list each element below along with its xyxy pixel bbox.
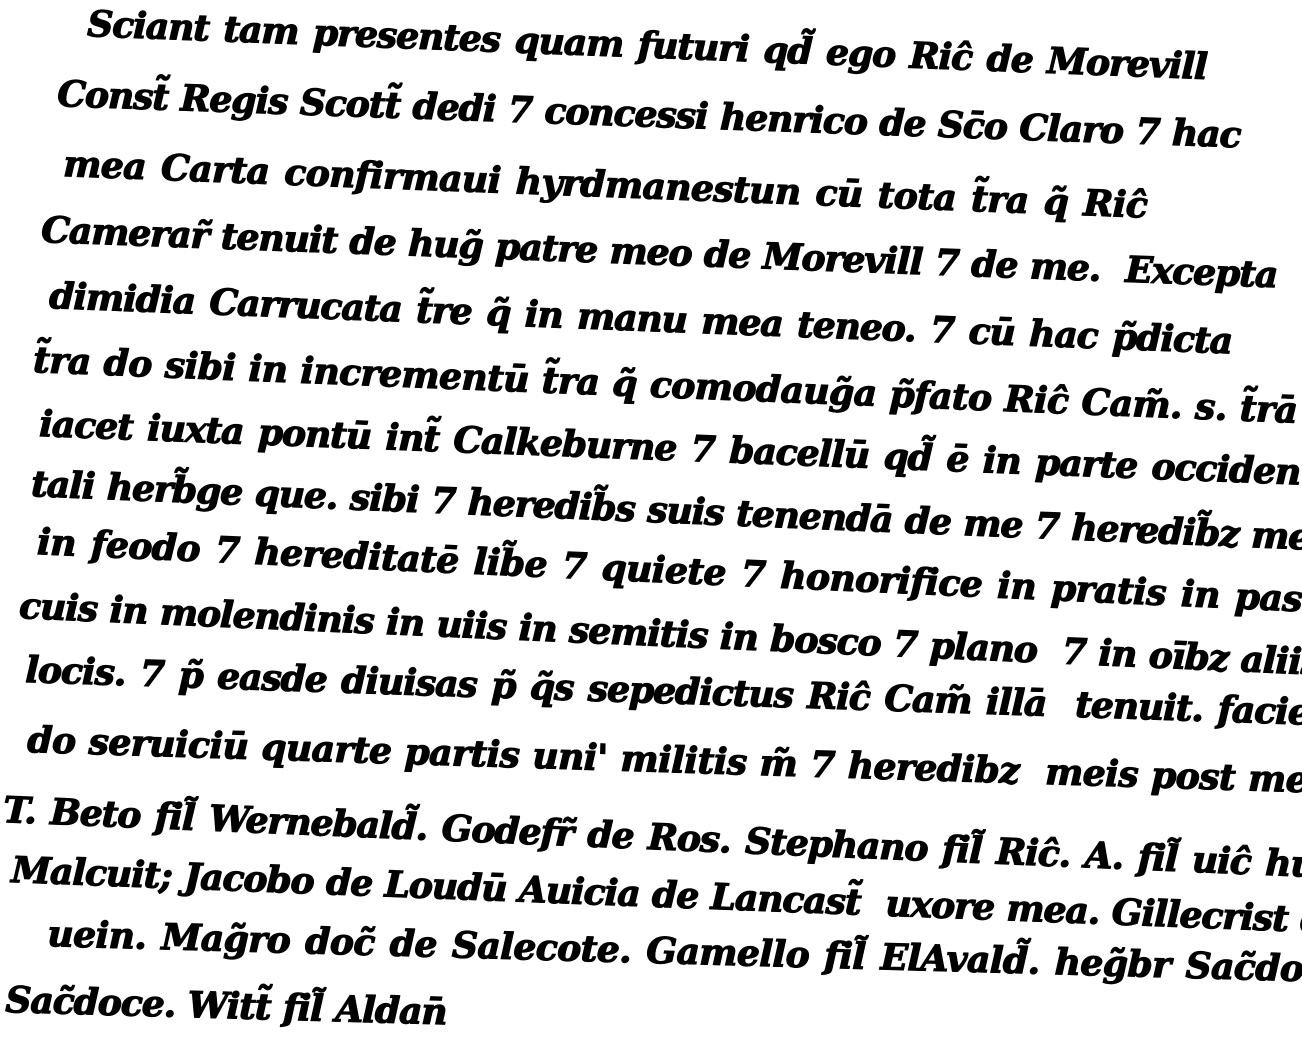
manuscript-line: Sac̃doce. Witt̃ fil̃ Aldan̄ [5,982,447,1030]
manuscript-line: do seruiciū quarte partis uni' militis m… [27,722,1302,799]
manuscript-line: Const̃ Regis Scott̃ dedi 7 concessi henr… [57,76,1241,153]
manuscript-line: mea Carta confirmaui hyrdmanestun cū tot… [63,146,1148,224]
manuscript-line: Sciant tam presentes quam futuri qd̃ ego… [87,6,1208,85]
manuscript-page: Sciant tam presentes quam futuri qd̃ ego… [0,0,1302,1058]
